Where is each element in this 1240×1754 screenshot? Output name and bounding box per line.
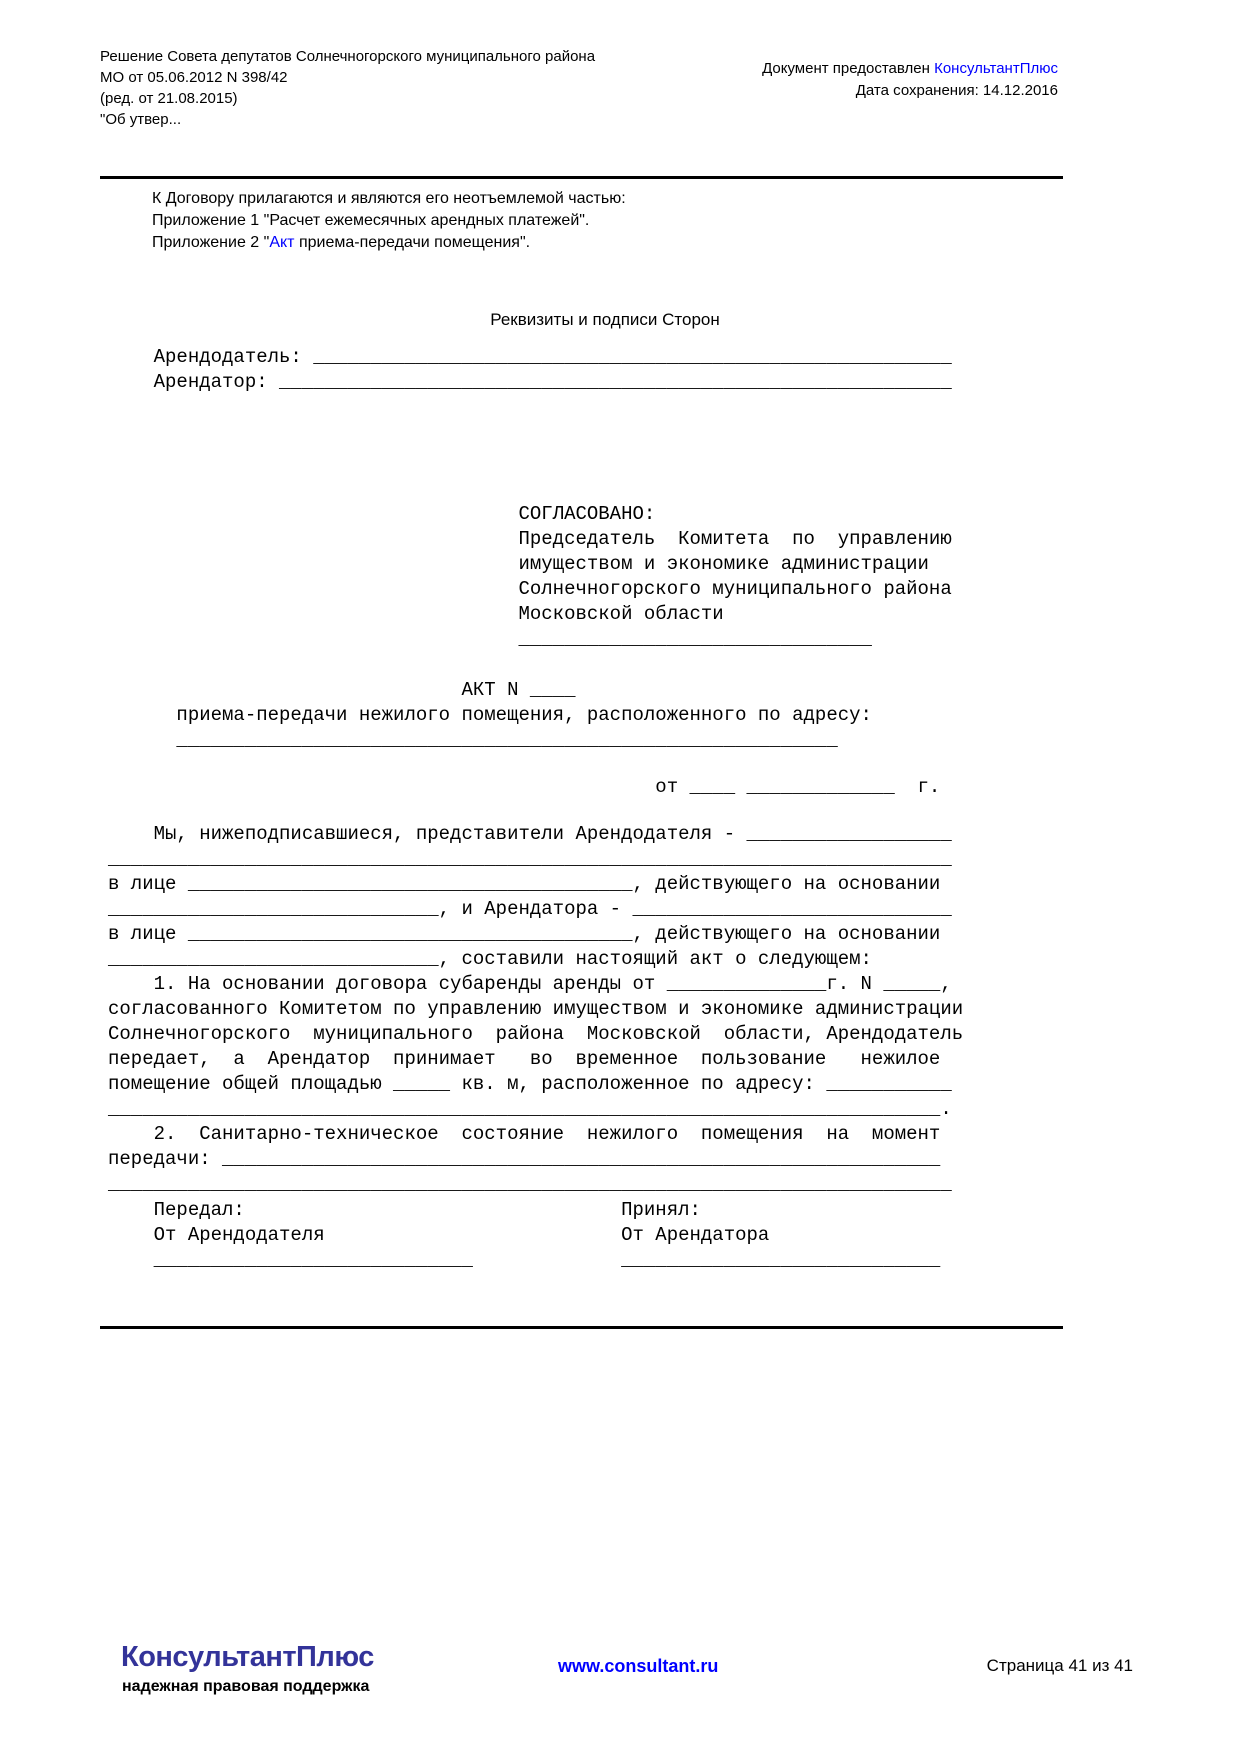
consultantplus-logo: КонсультантПлюс — [121, 1641, 374, 1674]
act-link[interactable]: Акт — [269, 234, 294, 251]
intro-line-2: Приложение 1 "Расчет ежемесячных арендны… — [152, 210, 626, 232]
logo-tagline: надежная правовая поддержка — [122, 1678, 369, 1696]
signatures-block: Передал: Принял: От Арендодателя От Арен… — [108, 1198, 940, 1273]
section-heading: Реквизиты и подписи Сторон — [152, 310, 1058, 330]
document-header-title: Решение Совета депутатов Солнечногорског… — [100, 46, 595, 130]
consultantplus-link[interactable]: КонсультантПлюс — [934, 60, 1058, 77]
act-body-block: Мы, нижеподписавшиеся, представители Аре… — [108, 822, 963, 1197]
save-date-label: Дата сохранения: 14.12.2016 — [762, 80, 1058, 102]
bottom-rule — [100, 1326, 1063, 1329]
provided-by-label: Документ предоставлен — [762, 60, 934, 77]
document-header-meta: Документ предоставлен КонсультантПлюс Да… — [762, 58, 1058, 102]
intro-paragraph: К Договору прилагаются и являются его не… — [152, 188, 626, 254]
top-rule — [100, 176, 1063, 179]
intro-line-3-suffix: приема-передачи помещения". — [295, 234, 531, 251]
requisites-block: Арендодатель: __________________________… — [108, 345, 952, 395]
document-page: Решение Совета депутатов Солнечногорског… — [0, 0, 1240, 1754]
provided-by-line: Документ предоставлен КонсультантПлюс — [762, 58, 1058, 80]
approved-block: СОГЛАСОВАНО: Председатель Комитета по уп… — [108, 502, 952, 652]
intro-line-1: К Договору прилагаются и являются его не… — [152, 188, 626, 210]
act-date-line: от ____ _____________ г. — [108, 775, 940, 800]
intro-line-3-prefix: Приложение 2 " — [152, 234, 269, 251]
consultant-site-link[interactable]: www.consultant.ru — [558, 1656, 718, 1677]
intro-line-3: Приложение 2 "Акт приема-передачи помеще… — [152, 232, 626, 254]
page-number-label: Страница 41 из 41 — [987, 1656, 1133, 1676]
act-title-block: АКТ N ____ приема-передачи нежилого поме… — [108, 678, 872, 753]
